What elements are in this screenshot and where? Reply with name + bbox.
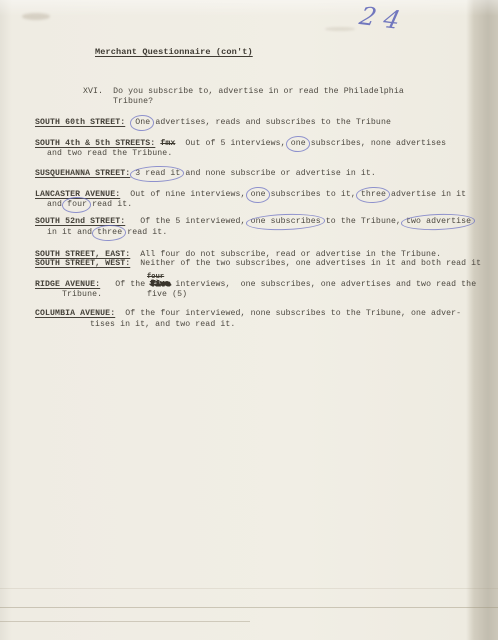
document-line: and two read the Tribune.: [47, 149, 172, 159]
street-label: SUSQUEHANNA STREET:: [35, 169, 130, 178]
text-segment: Out of nine interviews,: [120, 190, 250, 199]
text-segment: read it.: [87, 200, 132, 209]
street-label: COLUMBIA AVENUE:: [35, 309, 115, 318]
document-line: Tribune?: [113, 97, 153, 107]
document-line: five (5): [147, 290, 187, 300]
document-line: Tribune.: [62, 290, 102, 300]
document-line: SOUTH 52nd STREET: Of the 5 interviewed,…: [35, 217, 471, 227]
text-segment: read it.: [122, 228, 167, 237]
overtyped-text: five: [150, 280, 170, 289]
pencil-smudge: [22, 13, 50, 20]
text-segment: Out of 5 interviews,: [175, 139, 290, 148]
text-segment: five (5): [147, 290, 187, 299]
handwritten-page-number: 24: [357, 1, 411, 35]
document-line: Merchant Questionnaire (con't): [95, 47, 253, 58]
document-line: RIDGE AVENUE: Of the five interviews, on…: [35, 280, 476, 290]
pencil-smudge: [325, 27, 355, 31]
pen-circled-text: two advertise: [406, 217, 471, 226]
text-segment: Tribune?: [113, 97, 153, 106]
document-line: LANCASTER AVENUE: Out of nine interviews…: [35, 190, 466, 200]
text-segment: interviews, one subscribes, one advertis…: [170, 280, 476, 289]
street-label: LANCASTER AVENUE:: [35, 190, 120, 199]
paper-crease: [0, 607, 498, 608]
text-segment: and none subscribe or advertise in it.: [180, 169, 376, 178]
street-label: SOUTH 4th & 5th STREETS:: [35, 139, 155, 148]
text-segment: Of the four interviewed, none subscribes…: [115, 309, 461, 318]
text-segment: and: [47, 200, 67, 209]
document-line: in it and three read it.: [47, 228, 167, 238]
document-line: SUSQUEHANNA STREET: 3 read it and none s…: [35, 169, 376, 179]
text-segment: All four do not subscribe, read or adver…: [130, 250, 441, 259]
street-label: RIDGE AVENUE:: [35, 280, 100, 289]
street-label: SOUTH 52nd STREET:: [35, 217, 125, 226]
pen-circled-text: three: [97, 228, 122, 237]
text-segment: subscribes, none advertises: [306, 139, 446, 148]
pen-circled-text: one subscribes: [251, 217, 321, 226]
pen-circled-text: one: [251, 190, 266, 199]
document-line: SOUTH 60th STREET: One advertises, reads…: [35, 118, 391, 128]
pen-circled-text: three: [361, 190, 386, 199]
text-segment: advertise in it: [386, 190, 466, 199]
document-line: SOUTH 4th & 5th STREETS: fmx Out of 5 in…: [35, 139, 446, 149]
text-segment: advertises, reads and subscribes to the …: [150, 118, 391, 127]
text-segment: Tribune.: [62, 290, 102, 299]
text-segment: Neither of the two subscribes, one adver…: [130, 259, 481, 268]
text-segment: subscribes to it,: [266, 190, 361, 199]
street-label: SOUTH STREET, WEST:: [35, 259, 130, 268]
document-line: tises in it, and two read it.: [90, 320, 235, 330]
text-segment: and two read the Tribune.: [47, 149, 172, 158]
text-segment: to the Tribune,: [321, 217, 406, 226]
struck-out-text: fmx: [160, 139, 175, 148]
pen-circled-text: One: [135, 118, 150, 127]
document-line: SOUTH STREET, WEST: Neither of the two s…: [35, 259, 481, 269]
scanned-document-page: 24 Merchant Questionnaire (con't)XVI. Do…: [0, 0, 498, 640]
document-line: and four read it.: [47, 200, 132, 210]
text-segment: tises in it, and two read it.: [90, 320, 235, 329]
pen-circled-text: 3 read it: [135, 169, 180, 178]
text-segment: [125, 118, 135, 127]
paper-crease: [0, 621, 250, 622]
text-segment: in it and: [47, 228, 97, 237]
text-segment: Of the: [100, 280, 150, 289]
document-line: XVI. Do you subscribe to, advertise in o…: [83, 87, 404, 97]
paper-crease: [0, 588, 498, 589]
text-segment: XVI. Do you subscribe to, advertise in o…: [83, 87, 404, 96]
street-label: SOUTH STREET, EAST:: [35, 250, 130, 259]
document-line: COLUMBIA AVENUE: Of the four interviewed…: [35, 309, 461, 319]
pen-circled-text: one: [291, 139, 306, 148]
pen-circled-text: four: [67, 200, 87, 209]
text-segment: Of the 5 interviewed,: [125, 217, 250, 226]
street-label: SOUTH 60th STREET:: [35, 118, 125, 127]
page-title: Merchant Questionnaire (con't): [95, 47, 253, 57]
